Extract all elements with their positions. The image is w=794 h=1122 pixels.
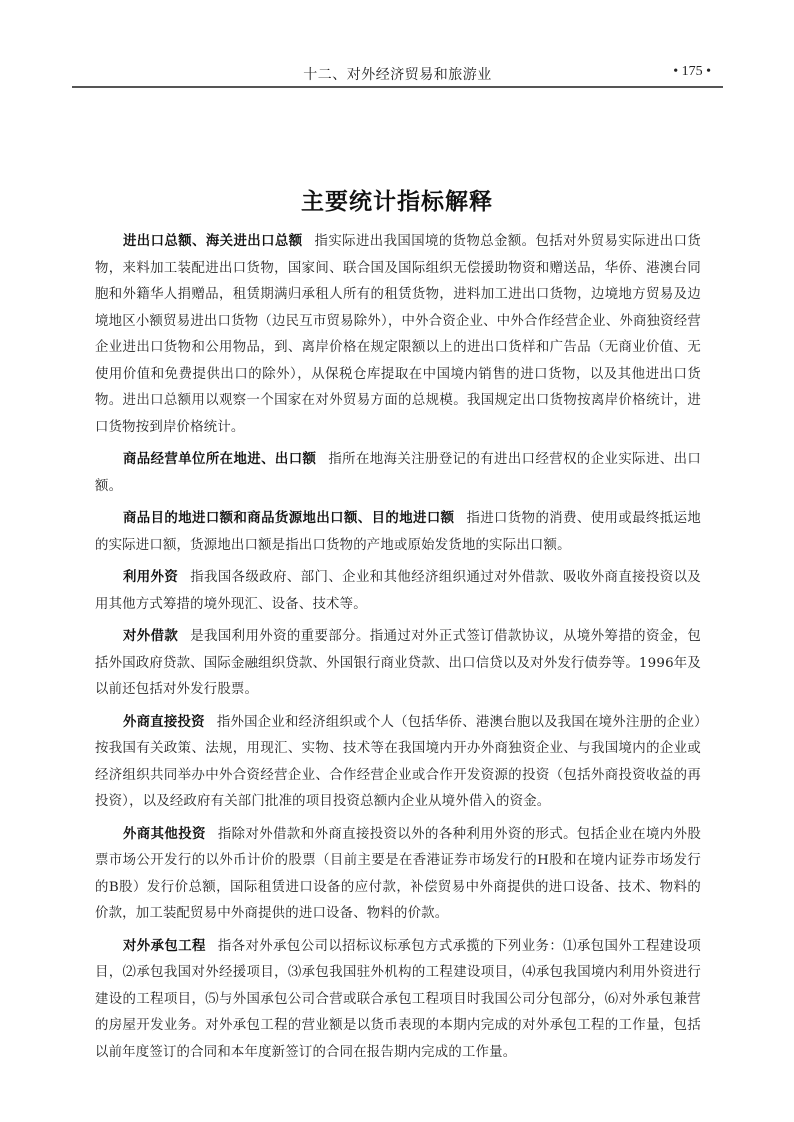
definition-term: 外商其他投资	[123, 827, 206, 842]
definition-term: 进出口总额、海关进出口总额	[123, 234, 303, 249]
definition-entry-foreign-capital: 利用外资指我国各级政府、部门、企业和其他经济组织通过对外借款、吸收外商直接投资以…	[95, 565, 701, 618]
definition-term: 商品目的地进口额和商品货源地出口额、目的地进口额	[123, 511, 454, 526]
definition-text: 是我国利用外资的重要部分。指通过对外正式签订借款协议，从境外筹措的资金，包括外国…	[95, 629, 701, 697]
definition-entry-fdi: 外商直接投资指外国企业和经济组织或个人（包括华侨、港澳台胞以及我国在境外注册的企…	[95, 710, 701, 816]
definitions-body: 进出口总额、海关进出口总额指实际进出我国国境的货物总金额。包括对外贸易实际进出口…	[95, 229, 701, 1072]
definition-entry-destination-source: 商品目的地进口额和商品货源地出口额、目的地进口额指进口货物的消费、使用或最终抵运…	[95, 506, 701, 559]
definition-text: 指各对外承包公司以招标议标承包方式承揽的下列业务：⑴承包国外工程建设项目，⑵承包…	[95, 939, 701, 1060]
running-header: 十二、对外经济贸易和旅游业 • 175 •	[72, 64, 723, 86]
definition-text: 指实际进出我国国境的货物总金额。包括对外贸易实际进出口货物，来料加工装配进出口货…	[95, 234, 701, 435]
definition-term: 对外承包工程	[123, 939, 206, 954]
definition-term: 外商直接投资	[123, 715, 205, 730]
definition-entry-import-export-total: 进出口总额、海关进出口总额指实际进出我国国境的货物总金额。包括对外贸易实际进出口…	[95, 229, 701, 441]
definition-entry-location-of-trading-unit: 商品经营单位所在地进、出口额指所在地海关注册登记的有进出口经营权的企业实际进、出…	[95, 447, 701, 500]
definition-entry-other-foreign-investment: 外商其他投资指除对外借款和外商直接投资以外的各种利用外资的形式。包括企业在境内外…	[95, 822, 701, 928]
page-title: 主要统计指标解释	[0, 183, 794, 216]
header-rule-divider	[72, 86, 723, 88]
definition-term: 利用外资	[123, 570, 178, 585]
definition-text: 指我国各级政府、部门、企业和其他经济组织通过对外借款、吸收外商直接投资以及用其他…	[95, 570, 701, 612]
definition-entry-overseas-contracted-projects: 对外承包工程指各对外承包公司以招标议标承包方式承揽的下列业务：⑴承包国外工程建设…	[95, 934, 701, 1067]
definition-entry-foreign-loans: 对外借款是我国利用外资的重要部分。指通过对外正式签订借款协议，从境外筹措的资金，…	[95, 624, 701, 704]
definition-term: 商品经营单位所在地进、出口额	[123, 452, 316, 467]
definition-term: 对外借款	[123, 629, 178, 644]
chapter-title: 十二、对外经济贸易和旅游业	[72, 64, 723, 84]
page-number: • 175 •	[673, 64, 711, 80]
